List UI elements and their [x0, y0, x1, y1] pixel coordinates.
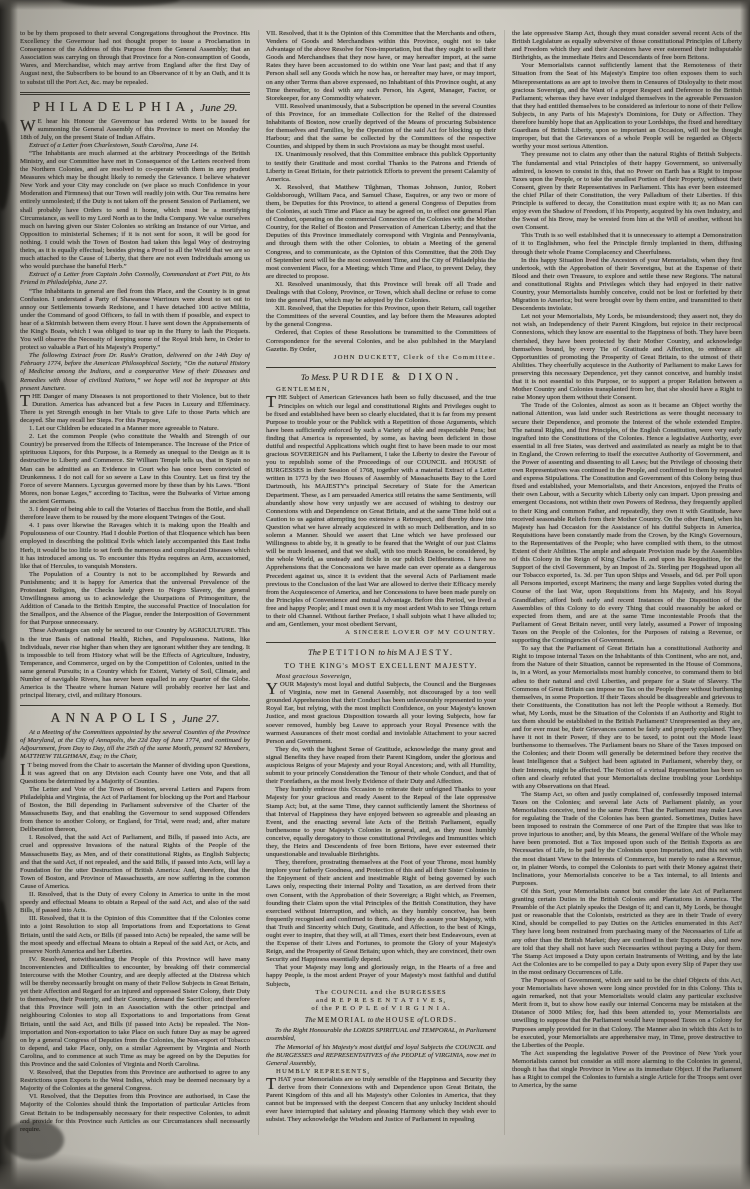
paragraph-text: To the Right Honourable the LORDS SPIRIT… [266, 1027, 496, 1042]
resolve-7: VII. Resolved, that it is the Opinion of… [266, 30, 496, 103]
paragraph-text: III. Resolved, that it is the Opinion of… [20, 915, 250, 954]
paragraph-text: They humbly embrace this Occasion to rei… [266, 786, 496, 858]
paragraph-text: I. Resolved, that the said Act of Parlia… [20, 834, 250, 890]
paragraph-text: Of this Sort, your Memorialists cannot b… [512, 888, 742, 976]
resolve-12: XII. Resolved, that the Deputies for thi… [266, 305, 496, 329]
drop-cap: T [20, 393, 32, 408]
memorial-address-line: To the Right Honourable the LORDS SPIRIT… [266, 1027, 496, 1043]
headline-part: LORDS. [425, 1016, 458, 1024]
paragraph-text: XI. Resolved unanimously, that this Prov… [266, 281, 496, 304]
headline-part: MEMORIAL [317, 1016, 366, 1024]
paragraph-text: Extract of a Letter from Captain John Co… [20, 271, 250, 286]
headline-part: To Mess. [301, 372, 331, 382]
paragraph-text: OUR Majesty's most loyal and dutiful Sub… [266, 681, 496, 745]
resolve-9: IX. Unanimously resolved, that this Comm… [266, 151, 496, 183]
paragraph-text: IV. Resolved, notwithstanding the People… [20, 956, 250, 1068]
country-lover-signature: A SINCERE LOVER OF MY COUNTRY. [266, 629, 496, 637]
ordered-paragraph: Ordered, that Copies of these Resolution… [266, 329, 496, 353]
king-subhead: TO THE KING's MOST EXCELLENT MAJESTY. [266, 662, 496, 671]
paragraph-text: to be by them proposed to their several … [20, 30, 250, 86]
paragraph-text: Your Memorialists cannot sufficiently la… [512, 62, 742, 150]
drop-cap: W [20, 118, 38, 133]
paragraph-text: The Letter and Vote of the Town of Bosto… [20, 786, 250, 833]
annapolis-meeting-caption: At a Meeting of the Committees appointed… [20, 729, 250, 761]
headline-part: to the [368, 1016, 384, 1024]
clerk-signature: JOHN DUCKETT, Clerk of the Committee. [266, 354, 496, 362]
paragraph-text: XII. Resolved, that the Deputies for thi… [266, 305, 496, 328]
paragraph-text: HAT your Memorialists are so truly sensi… [266, 1076, 496, 1123]
memorial-headline: The MEMORIAL to the HOUSE of LORDS. [266, 1016, 496, 1025]
headline-part: The [305, 1016, 316, 1024]
paragraph-text: X. Resolved, that Matthew Tilghman, Thom… [266, 184, 496, 280]
resolve-1: I. Resolved, that the said Act of Parlia… [20, 834, 250, 891]
humbly-represents: HUMBLY REPRESENTS, [266, 1068, 496, 1076]
column-left: to be by them proposed to their several … [20, 30, 250, 1135]
headline-part: MAJESTY. [399, 647, 454, 657]
paragraph-text: The Population of a Country is not to be… [20, 571, 250, 627]
rush-item-1: 1. Let our Children be educated in a Man… [20, 425, 250, 433]
rush-oration-caption: The following Extract from Dr. Rush's Or… [20, 352, 250, 392]
petition-paragraph-5: That your Majesty may long and gloriousl… [266, 964, 496, 988]
philadelphia-lead-paragraph: WE hear his Honour the Governour has ord… [20, 118, 250, 142]
headline-part: June 29. [200, 102, 237, 114]
letter-to-printers: THE Subject of American Grievances hath … [266, 394, 496, 629]
scan-shadow-right [740, 0, 750, 1189]
paragraph-text: T being moved from the Chair to ascertai… [20, 762, 250, 785]
column-middle: VII. Resolved, that it is the Opinion of… [258, 30, 496, 1135]
petition-paragraph-4: They, therefore, prostrating themselves … [266, 859, 496, 964]
memorial-continuation-5: In this happy Situation lived the Ancest… [512, 257, 742, 314]
rush-item-4: 4. I pass over likewise the Ravages whic… [20, 522, 250, 571]
sovereign-salutation: Most gracious Sovereign, [266, 673, 496, 681]
paragraph-text: Let not your Memorialists, My Lords, be … [512, 313, 742, 401]
rush-item-2: 2. Let the common People (who constitute… [20, 433, 250, 506]
memorial-continuation-1: the late oppressive Stamp Act, though th… [512, 30, 742, 62]
headline-part: PHILADELPHIA, [33, 99, 199, 114]
council-line-2: and R E P R E S E N T A T I V E S, [266, 997, 496, 1005]
memorial-continuation-10: Of this Sort, your Memorialists cannot b… [512, 888, 742, 977]
memorial-subject-line: The Memorial of his Majesty's most dutif… [266, 1044, 496, 1068]
paragraph-text: This Truth is so well established that i… [512, 232, 742, 255]
headline-part: of [417, 1016, 423, 1024]
paragraph-text: VII. Resolved, that it is the Opinion of… [266, 30, 496, 102]
headline-part: ANNAPOLIS, [51, 710, 181, 725]
paragraph-text: The Trade of the Colonies, almost as soo… [512, 402, 742, 644]
drop-cap: T [266, 1076, 278, 1091]
purdie-dixon-headline: To Mess. PURDIE & DIXON. [266, 367, 496, 385]
headline-part: June 27. [182, 713, 219, 725]
petition-paragraph-3: They humbly embrace this Occasion to rei… [266, 786, 496, 859]
council-line-3: of the P E O P L E of V I R G I N I A. [266, 1005, 496, 1013]
paragraph-text: The Stamp Act, so often and justly compl… [512, 791, 742, 887]
memorial-continuation-12: The Act suspending the legislative Power… [512, 1050, 742, 1090]
connolly-letter-caption: Extract of a Letter from Captain John Co… [20, 271, 250, 287]
paragraph-text: 1. Let our Children be educated in a Man… [29, 425, 219, 432]
paragraph-text: The Memorial of his Majesty's most dutif… [266, 1044, 496, 1067]
resolve-5: V. Resolved, that the Deputies from this… [20, 1069, 250, 1093]
rush-population-paragraph: The Population of a Country is not to be… [20, 571, 250, 628]
paragraph-text: E hear his Honour the Governour has orde… [20, 118, 250, 141]
headline-part: PURDIE & DIXON. [332, 372, 461, 383]
paragraph-text: 3. I despair of being able to call the V… [20, 506, 250, 521]
paragraph-text: At a Meeting of the Committees appointed… [20, 729, 250, 760]
petition-paragraph-2: They do, with the highest Sense of Grati… [266, 746, 496, 786]
paragraph-text: 2. Let the common People (who constitute… [20, 433, 250, 505]
paragraph-text: HE Subject of American Grievances hath b… [266, 394, 496, 628]
paragraph-text: They presume not to claim any other than… [512, 151, 742, 231]
drop-cap: I [20, 762, 28, 777]
resolve-2: II. Resolved, that is the Duty of every … [20, 891, 250, 915]
annapolis-lead-paragraph: IT being moved from the Chair to ascerta… [20, 762, 250, 786]
paragraph-text: To say that the Parliament of Great Brit… [512, 645, 742, 790]
paragraph-text: They, therefore, prostrating themselves … [266, 859, 496, 963]
resolve-3: III. Resolved, that it is the Opinion of… [20, 915, 250, 955]
memorial-continuation-2: Your Memorialists cannot sufficiently la… [512, 62, 742, 151]
headline-part: to his [378, 647, 397, 657]
charlestown-letter: “The Inhabitants are much alarmed at the… [20, 150, 250, 271]
memorial-continuation-4: This Truth is so well established that i… [512, 232, 742, 256]
annapolis-headline: ANNAPOLIS, June 27. [20, 705, 250, 727]
drop-cap: Y [266, 681, 280, 696]
paragraph-text: HE Danger of many Diseases is not propor… [20, 393, 250, 424]
scan-smudge [0, 1151, 170, 1189]
headline-part: The [308, 647, 321, 657]
memorial-continuation-6: Let not your Memorialists, My Lords, be … [512, 313, 742, 402]
memorial-paragraph-1: THAT your Memorialists are so truly sens… [266, 1076, 496, 1125]
paragraph-text: Ordered, that Copies of these Resolution… [266, 329, 496, 352]
resolve-10: X. Resolved, that Matthew Tilghman, Thom… [266, 184, 496, 281]
paper-surface: to be by them proposed to their several … [0, 0, 750, 1189]
memorial-continuation-11: The Purposes of Government, which are sa… [512, 977, 742, 1050]
paragraph-text: The following Extract from Dr. Rush's Or… [20, 352, 250, 391]
drop-cap: T [266, 394, 278, 409]
memorial-continuation-8: To say that the Parliament of Great Brit… [512, 645, 742, 791]
memorial-continuation-9: The Stamp Act, so often and justly compl… [512, 791, 742, 888]
paragraph-text: The Purposes of Government, which are sa… [512, 977, 742, 1049]
petition-paragraph-1: YOUR Majesty's most loyal and dutiful Su… [266, 681, 496, 746]
paragraph-text: the late oppressive Stamp Act, though th… [512, 30, 742, 61]
column-right: the late oppressive Stamp Act, though th… [504, 30, 742, 1135]
rush-oration-paragraph: THE Danger of many Diseases is not propo… [20, 393, 250, 425]
resolve-8: VIII. Resolved unanimously, that a Subsc… [266, 103, 496, 152]
annapolis-papers-paragraph: The Letter and Vote of the Town of Bosto… [20, 786, 250, 835]
rush-item-3: 3. I despair of being able to call the V… [20, 506, 250, 522]
paragraph-text: V. Resolved, that the Deputies from this… [20, 1069, 250, 1092]
philadelphia-headline: PHILADELPHIA, June 29. [20, 92, 250, 116]
paragraph-text: “The Inhabitants are much alarmed at the… [20, 150, 250, 270]
resolve-4: IV. Resolved, notwithstanding the People… [20, 956, 250, 1069]
newspaper-page: to be by them proposed to their several … [0, 0, 750, 1189]
paragraph-text: They do, with the highest Sense of Grati… [266, 746, 496, 785]
connolly-letter: “The Inhabitants in general are fled fro… [20, 288, 250, 353]
paragraph-text: In this happy Situation lived the Ancest… [512, 257, 742, 313]
paragraph-text: IX. Unanimously resolved, that this Comm… [266, 151, 496, 182]
paragraph-text: These Advantages can only be secured to … [20, 627, 250, 699]
charlestown-letter-caption: Extract of a Letter from Charlestown, So… [20, 142, 250, 150]
petition-headline: The PETITION to his MAJESTY. [266, 642, 496, 658]
memorial-continuation-3: They presume not to claim any other than… [512, 151, 742, 232]
headline-part: TO THE KING's MOST EXCELLENT MAJESTY. [284, 662, 477, 670]
continuation-paragraph: to be by them proposed to their several … [20, 30, 250, 87]
headline-part: PETITION [322, 647, 376, 657]
paragraph-text: II. Resolved, that is the Duty of every … [20, 891, 250, 914]
council-line-1: The COUNCIL and the BURGESSES [266, 989, 496, 997]
paragraph-text: That your Majesty may long and gloriousl… [266, 964, 496, 987]
paragraph-text: The Act suspending the legislative Power… [512, 1050, 742, 1089]
paragraph-text: 4. I pass over likewise the Ravages whic… [20, 522, 250, 569]
rush-agriculture-paragraph: These Advantages can only be secured to … [20, 627, 250, 700]
memorial-continuation-7: The Trade of the Colonies, almost as soo… [512, 402, 742, 645]
headline-part: HOUSE [386, 1016, 416, 1024]
resolve-11: XI. Resolved unanimously, that this Prov… [266, 281, 496, 305]
paragraph-text: Extract of a Letter from Charlestown, So… [29, 142, 198, 149]
paragraph-text: “The Inhabitants in general are fled fro… [20, 288, 250, 352]
paragraph-text: VIII. Resolved unanimously, that a Subsc… [266, 103, 496, 150]
